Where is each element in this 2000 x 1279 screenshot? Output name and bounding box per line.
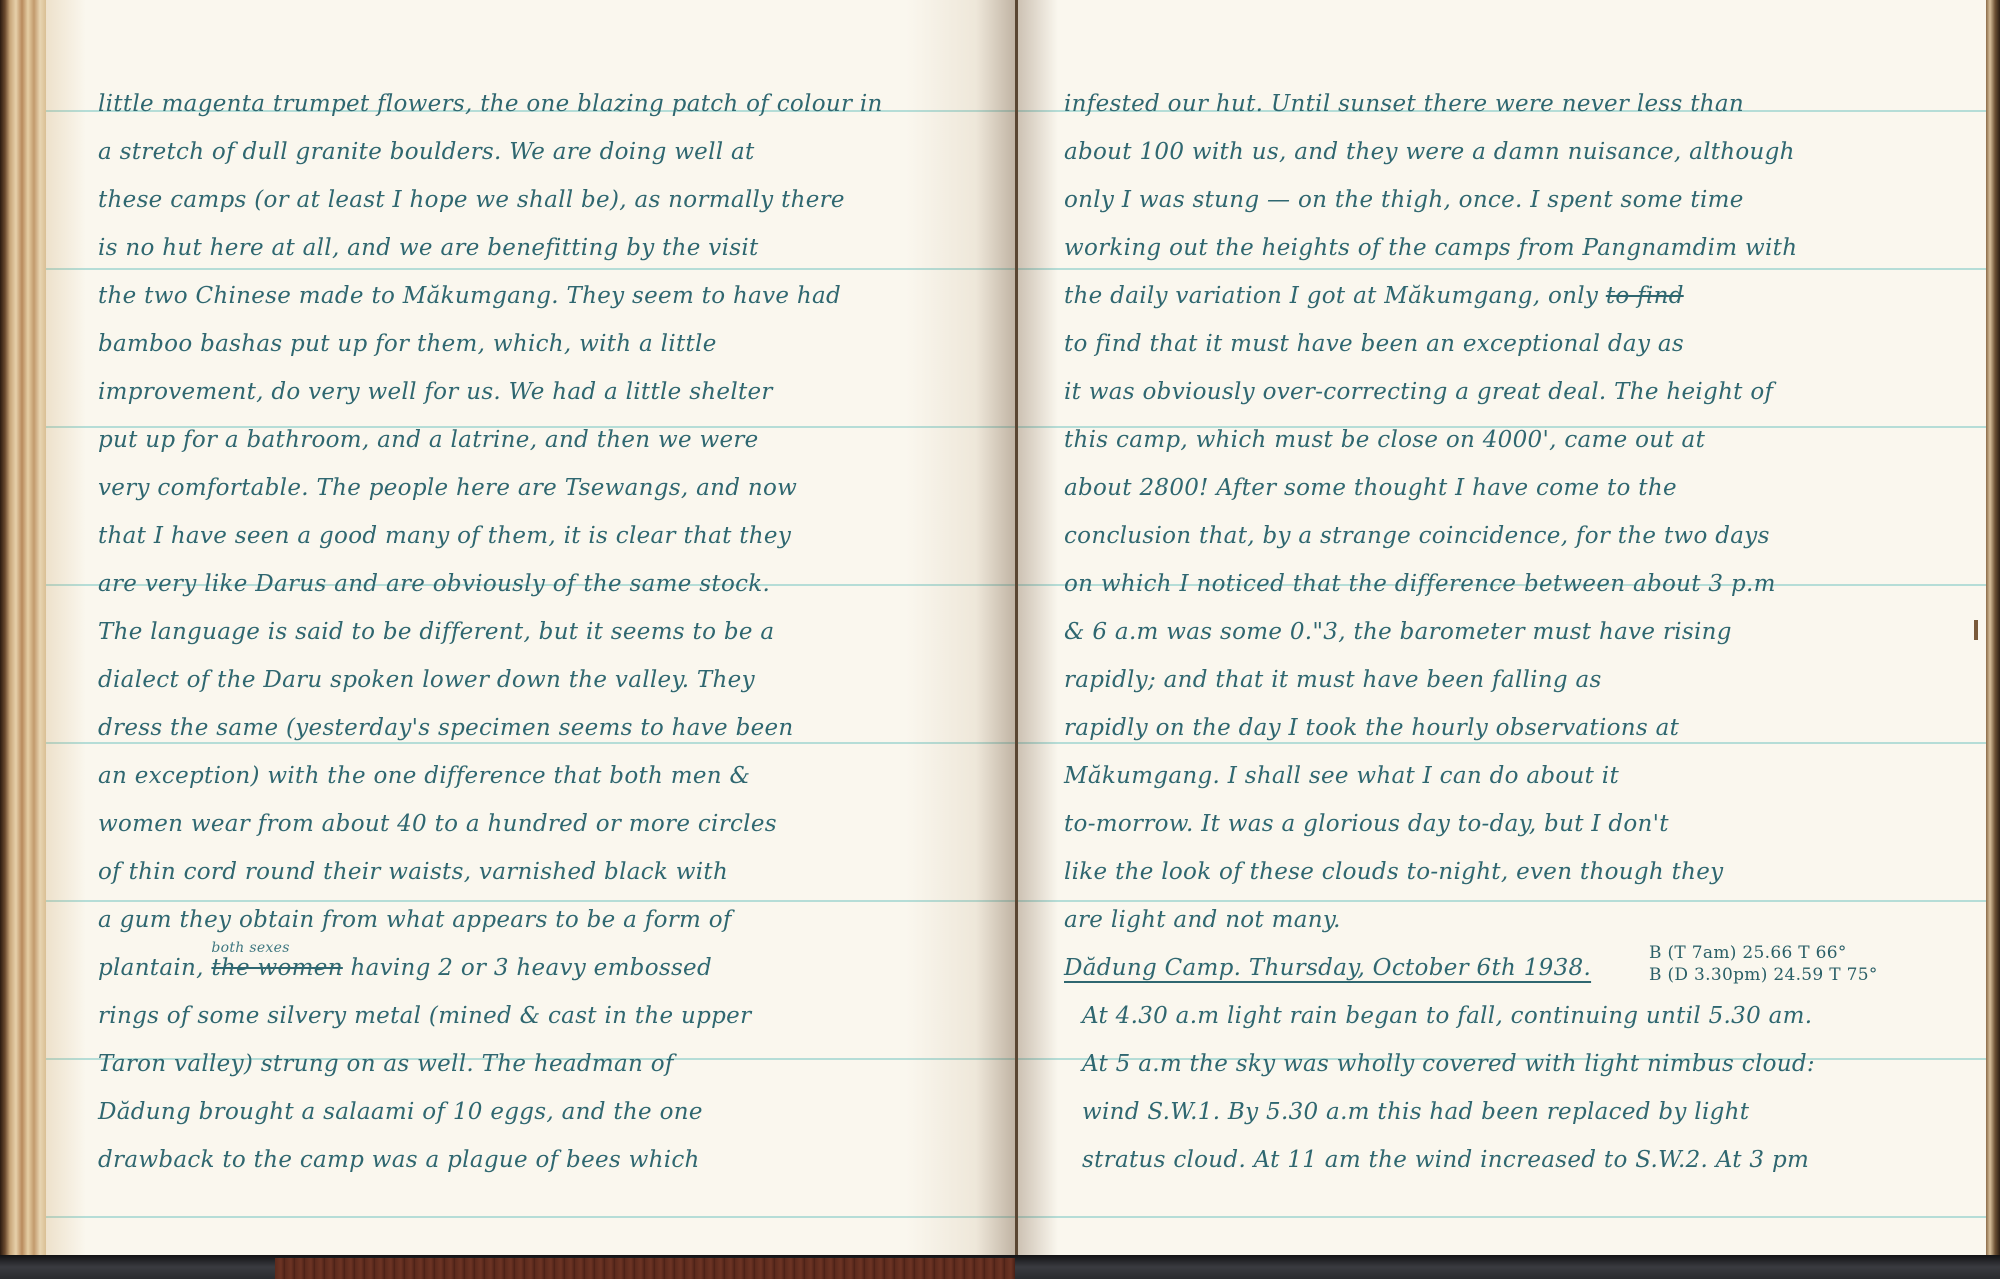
text-line: & 6 a.m was some 0."3, the barometer mus… <box>1064 608 1986 656</box>
barometer-readings: B (T 7am) 25.66 T 66° B (D 3.30pm) 24.59… <box>1649 942 1878 986</box>
text-line: like the look of these clouds to-night, … <box>1064 848 1986 896</box>
text-line: a stretch of dull granite boulders. We a… <box>98 128 1016 176</box>
text-line: stratus cloud. At 11 am the wind increas… <box>1064 1136 1986 1184</box>
barometer-label: B (T 7am) <box>1649 943 1737 963</box>
text-line: The language is said to be different, bu… <box>98 608 1016 656</box>
text-line: Taron valley) strung on as well. The hea… <box>98 1040 1016 1088</box>
entry-heading: Dădung Camp. Thursday, October 6th 1938. <box>1064 955 1591 981</box>
text-line: to-morrow. It was a glorious day to-day,… <box>1064 800 1986 848</box>
right-page: infested our hut. Until sunset there wer… <box>1018 0 1986 1255</box>
text-line: to find that it must have been an except… <box>1064 320 1986 368</box>
notebook-spread: little magenta trumpet flowers, the one … <box>0 0 2000 1262</box>
entry-heading-row: Dădung Camp. Thursday, October 6th 1938.… <box>1064 944 1986 992</box>
text-line: these camps (or at least I hope we shall… <box>98 176 1016 224</box>
text-line: conclusion that, by a strange coincidenc… <box>1064 512 1986 560</box>
right-page-lines: infested our hut. Until sunset there wer… <box>1064 80 1986 1184</box>
text-line: is no hut here at all, and we are benefi… <box>98 224 1016 272</box>
barometer-value: 25.66 <box>1742 943 1792 963</box>
temperature-value: T 66° <box>1798 943 1846 963</box>
text-line: of thin cord round their waists, varnish… <box>98 848 1016 896</box>
text-line: At 5 a.m the sky was wholly covered with… <box>1064 1040 1986 1088</box>
text-line: Măkumgang. I shall see what I can do abo… <box>1064 752 1986 800</box>
text-line: drawback to the camp was a plague of bee… <box>98 1136 1016 1184</box>
text-line: about 100 with us, and they were a damn … <box>1064 128 1986 176</box>
text-line: improvement, do very well for us. We had… <box>98 368 1016 416</box>
text-line-with-strikeout: the daily variation I got at Măkumgang, … <box>1064 272 1986 320</box>
temperature-value: T 75° <box>1829 965 1877 985</box>
text-line: about 2800! After some thought I have co… <box>1064 464 1986 512</box>
text-line: are light and not many. <box>1064 896 1986 944</box>
line-suffix: having 2 or 3 heavy embossed <box>350 955 712 981</box>
text-line: women wear from about 40 to a hundred or… <box>98 800 1016 848</box>
text-line: dress the same (yesterday's specimen see… <box>98 704 1016 752</box>
text-line: working out the heights of the camps fro… <box>1064 224 1986 272</box>
barometer-reading: B (T 7am) 25.66 T 66° <box>1649 942 1878 964</box>
interlinear-insertion: both sexes <box>211 924 289 972</box>
text-line: very comfortable. The people here are Ts… <box>98 464 1016 512</box>
book-cover-leather <box>275 1258 1015 1279</box>
text-line: rapidly on the day I took the hourly obs… <box>1064 704 1986 752</box>
struck-word: to find <box>1606 283 1684 309</box>
text-line: bamboo bashas put up for them, which, wi… <box>98 320 1016 368</box>
text-line: only I was stung — on the thigh, once. I… <box>1064 176 1986 224</box>
barometer-label: B (D 3.30pm) <box>1649 965 1768 985</box>
text-line: rings of some silvery metal (mined & cas… <box>98 992 1016 1040</box>
barometer-reading: B (D 3.30pm) 24.59 T 75° <box>1649 964 1878 986</box>
text-line: little magenta trumpet flowers, the one … <box>98 80 1016 128</box>
text-line: are very like Darus and are obviously of… <box>98 560 1016 608</box>
book-edge-right <box>1986 0 2000 1262</box>
text-line: wind S.W.1. By 5.30 a.m this had been re… <box>1064 1088 1986 1136</box>
text-line: on which I noticed that the difference b… <box>1064 560 1986 608</box>
line-text: the daily variation I got at Măkumgang, … <box>1064 283 1598 309</box>
text-line: it was obviously over-correcting a great… <box>1064 368 1986 416</box>
barometer-value: 24.59 <box>1773 965 1823 985</box>
text-line: an exception) with the one difference th… <box>98 752 1016 800</box>
text-line: the two Chinese made to Măkumgang. They … <box>98 272 1016 320</box>
left-page-lines: little magenta trumpet flowers, the one … <box>98 80 1016 1184</box>
text-line: rapidly; and that it must have been fall… <box>1064 656 1986 704</box>
left-page: little magenta trumpet flowers, the one … <box>46 0 1016 1255</box>
text-line: this camp, which must be close on 4000',… <box>1064 416 1986 464</box>
book-edge-left <box>0 0 46 1262</box>
text-line: dialect of the Daru spoken lower down th… <box>98 656 1016 704</box>
text-line: infested our hut. Until sunset there wer… <box>1064 80 1986 128</box>
text-line: that I have seen a good many of them, it… <box>98 512 1016 560</box>
text-line: put up for a bathroom, and a latrine, an… <box>98 416 1016 464</box>
text-line: Dădung brought a salaami of 10 eggs, and… <box>98 1088 1016 1136</box>
text-line: At 4.30 a.m light rain began to fall, co… <box>1064 992 1986 1040</box>
line-prefix: plantain, <box>98 955 204 981</box>
page-edge-mark <box>1974 620 1978 640</box>
text-line-with-correction: plantain, both sexes the women having 2 … <box>98 944 1016 992</box>
